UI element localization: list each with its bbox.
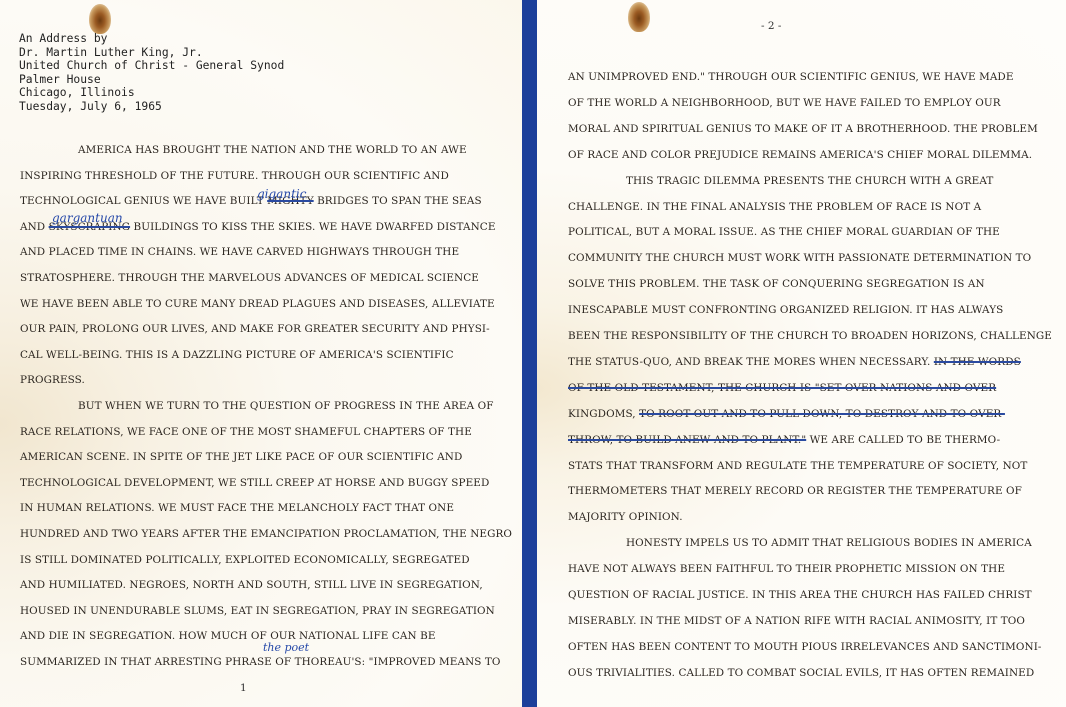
document-page-1: An Address by Dr. Martin Luther King, Jr… xyxy=(0,0,522,707)
text-line: RACE RELATIONS, WE FACE ONE OF THE MOST … xyxy=(20,426,472,438)
text-line: CAL WELL-BEING. THIS IS A DAZZLING PICTU… xyxy=(20,349,454,361)
text-line: MORAL AND SPIRITUAL GENIUS TO MAKE OF IT… xyxy=(568,123,1038,135)
text-line: THROW, TO BUILD ANEW AND TO PLANT." WE A… xyxy=(568,434,1000,446)
text-line: HOUSED IN UNENDURABLE SLUMS, EAT IN SEGR… xyxy=(20,605,495,617)
text-line: HAVE NOT ALWAYS BEEN FAITHFUL TO THEIR P… xyxy=(568,563,1005,575)
page-number: - 2 - xyxy=(761,20,781,32)
text-line: AMERICAN SCENE. IN SPITE OF THE JET LIKE… xyxy=(20,451,462,463)
header-line: Palmer House xyxy=(19,73,284,87)
header-line: An Address by xyxy=(19,32,284,46)
text-line: THIS TRAGIC DILEMMA PRESENTS THE CHURCH … xyxy=(626,175,993,187)
address-header: An Address by Dr. Martin Luther King, Jr… xyxy=(19,32,284,114)
text-line: STATS THAT TRANSFORM AND REGULATE THE TE… xyxy=(568,460,1027,472)
text-line: PROGRESS. xyxy=(20,374,85,386)
text-line: OUS TRIVIALITIES. CALLED TO COMBAT SOCIA… xyxy=(568,667,1034,679)
struck-text: THROW, TO BUILD ANEW AND TO PLANT." xyxy=(568,434,806,446)
handwritten-annotation: gigantic xyxy=(257,187,306,201)
text-line: OF THE WORLD A NEIGHBORHOOD, BUT WE HAVE… xyxy=(568,97,1001,109)
text-line: INSPIRING THRESHOLD OF THE FUTURE. THROU… xyxy=(20,170,449,182)
text-line: AND DIE IN SEGREGATION. HOW MUCH OF OUR … xyxy=(20,630,436,642)
text-line: AND PLACED TIME IN CHAINS. WE HAVE CARVE… xyxy=(20,246,459,258)
page-divider xyxy=(522,0,537,707)
text-line: AN UNIMPROVED END." THROUGH OUR SCIENTIF… xyxy=(568,71,1014,83)
text-line: INESCAPABLE MUST CONFRONTING ORGANIZED R… xyxy=(568,304,1003,316)
text-line: AND HUMILIATED. NEGROES, NORTH AND SOUTH… xyxy=(20,579,483,591)
header-line: Tuesday, July 6, 1965 xyxy=(19,100,284,114)
struck-text: OF THE OLD TESTAMENT, THE CHURCH IS "SET… xyxy=(568,382,996,394)
text-line: COMMUNITY THE CHURCH MUST WORK WITH PASS… xyxy=(568,252,1031,264)
text-line: OF THE OLD TESTAMENT, THE CHURCH IS "SET… xyxy=(568,382,996,394)
text-line: THE STATUS-QUO, AND BREAK THE MORES WHEN… xyxy=(568,356,1021,368)
text-line: THERMOMETERS THAT MERELY RECORD OR REGIS… xyxy=(568,485,1022,497)
text-line: HUNDRED AND TWO YEARS AFTER THE EMANCIPA… xyxy=(20,528,512,540)
struck-text: IN THE WORDS xyxy=(934,356,1021,368)
text-line: CHALLENGE. IN THE FINAL ANALYSIS THE PRO… xyxy=(568,201,981,213)
header-line: United Church of Christ - General Synod xyxy=(19,59,284,73)
text-line: TECHNOLOGICAL DEVELOPMENT, WE STILL CREE… xyxy=(20,477,489,489)
text-line: WE HAVE BEEN ABLE TO CURE MANY DREAD PLA… xyxy=(20,298,495,310)
text-line: AMERICA HAS BROUGHT THE NATION AND THE W… xyxy=(78,144,467,156)
paper-stain xyxy=(628,2,650,32)
struck-text: TO ROOT OUT AND TO PULL DOWN, TO DESTROY… xyxy=(639,408,1005,420)
text-line: POLITICAL, BUT A MORAL ISSUE. AS THE CHI… xyxy=(568,226,1000,238)
text-line: OFTEN HAS BEEN CONTENT TO MOUTH PIOUS IR… xyxy=(568,641,1042,653)
handwritten-annotation: the poet xyxy=(263,641,309,654)
text-line: MISERABLY. IN THE MIDST OF A NATION RIFE… xyxy=(568,615,1025,627)
header-line: Dr. Martin Luther King, Jr. xyxy=(19,46,284,60)
text-line: IS STILL DOMINATED POLITICALLY, EXPLOITE… xyxy=(20,554,470,566)
text-line: TECHNOLOGICAL GENIUS WE HAVE BUILT MIGHT… xyxy=(20,195,482,207)
text-line: STRATOSPHERE. THROUGH THE MARVELOUS ADVA… xyxy=(20,272,479,284)
text-line: OF RACE AND COLOR PREJUDICE REMAINS AMER… xyxy=(568,149,1032,161)
page-number: 1 xyxy=(240,682,247,694)
text-line: OUR PAIN, PROLONG OUR LIVES, AND MAKE FO… xyxy=(20,323,490,335)
text-line: HONESTY IMPELS US TO ADMIT THAT RELIGIOU… xyxy=(626,537,1032,549)
text-line: BEEN THE RESPONSIBILITY OF THE CHURCH TO… xyxy=(568,330,1052,342)
text-line: MAJORITY OPINION. xyxy=(568,511,683,523)
text-line: IN HUMAN RELATIONS. WE MUST FACE THE MEL… xyxy=(20,502,454,514)
header-line: Chicago, Illinois xyxy=(19,86,284,100)
text-line: BUT WHEN WE TURN TO THE QUESTION OF PROG… xyxy=(78,400,494,412)
text-line: QUESTION OF RACIAL JUSTICE. IN THIS AREA… xyxy=(568,589,1032,601)
text-line: SUMMARIZED IN THAT ARRESTING PHRASE OF T… xyxy=(20,656,501,668)
document-page-2: - 2 - AN UNIMPROVED END." THROUGH OUR SC… xyxy=(537,0,1066,707)
text-line: KINGDOMS, TO ROOT OUT AND TO PULL DOWN, … xyxy=(568,408,1005,420)
text-line: SOLVE THIS PROBLEM. THE TASK OF CONQUERI… xyxy=(568,278,985,290)
paper-stain xyxy=(89,4,111,34)
handwritten-annotation: gargantuan xyxy=(52,211,123,225)
